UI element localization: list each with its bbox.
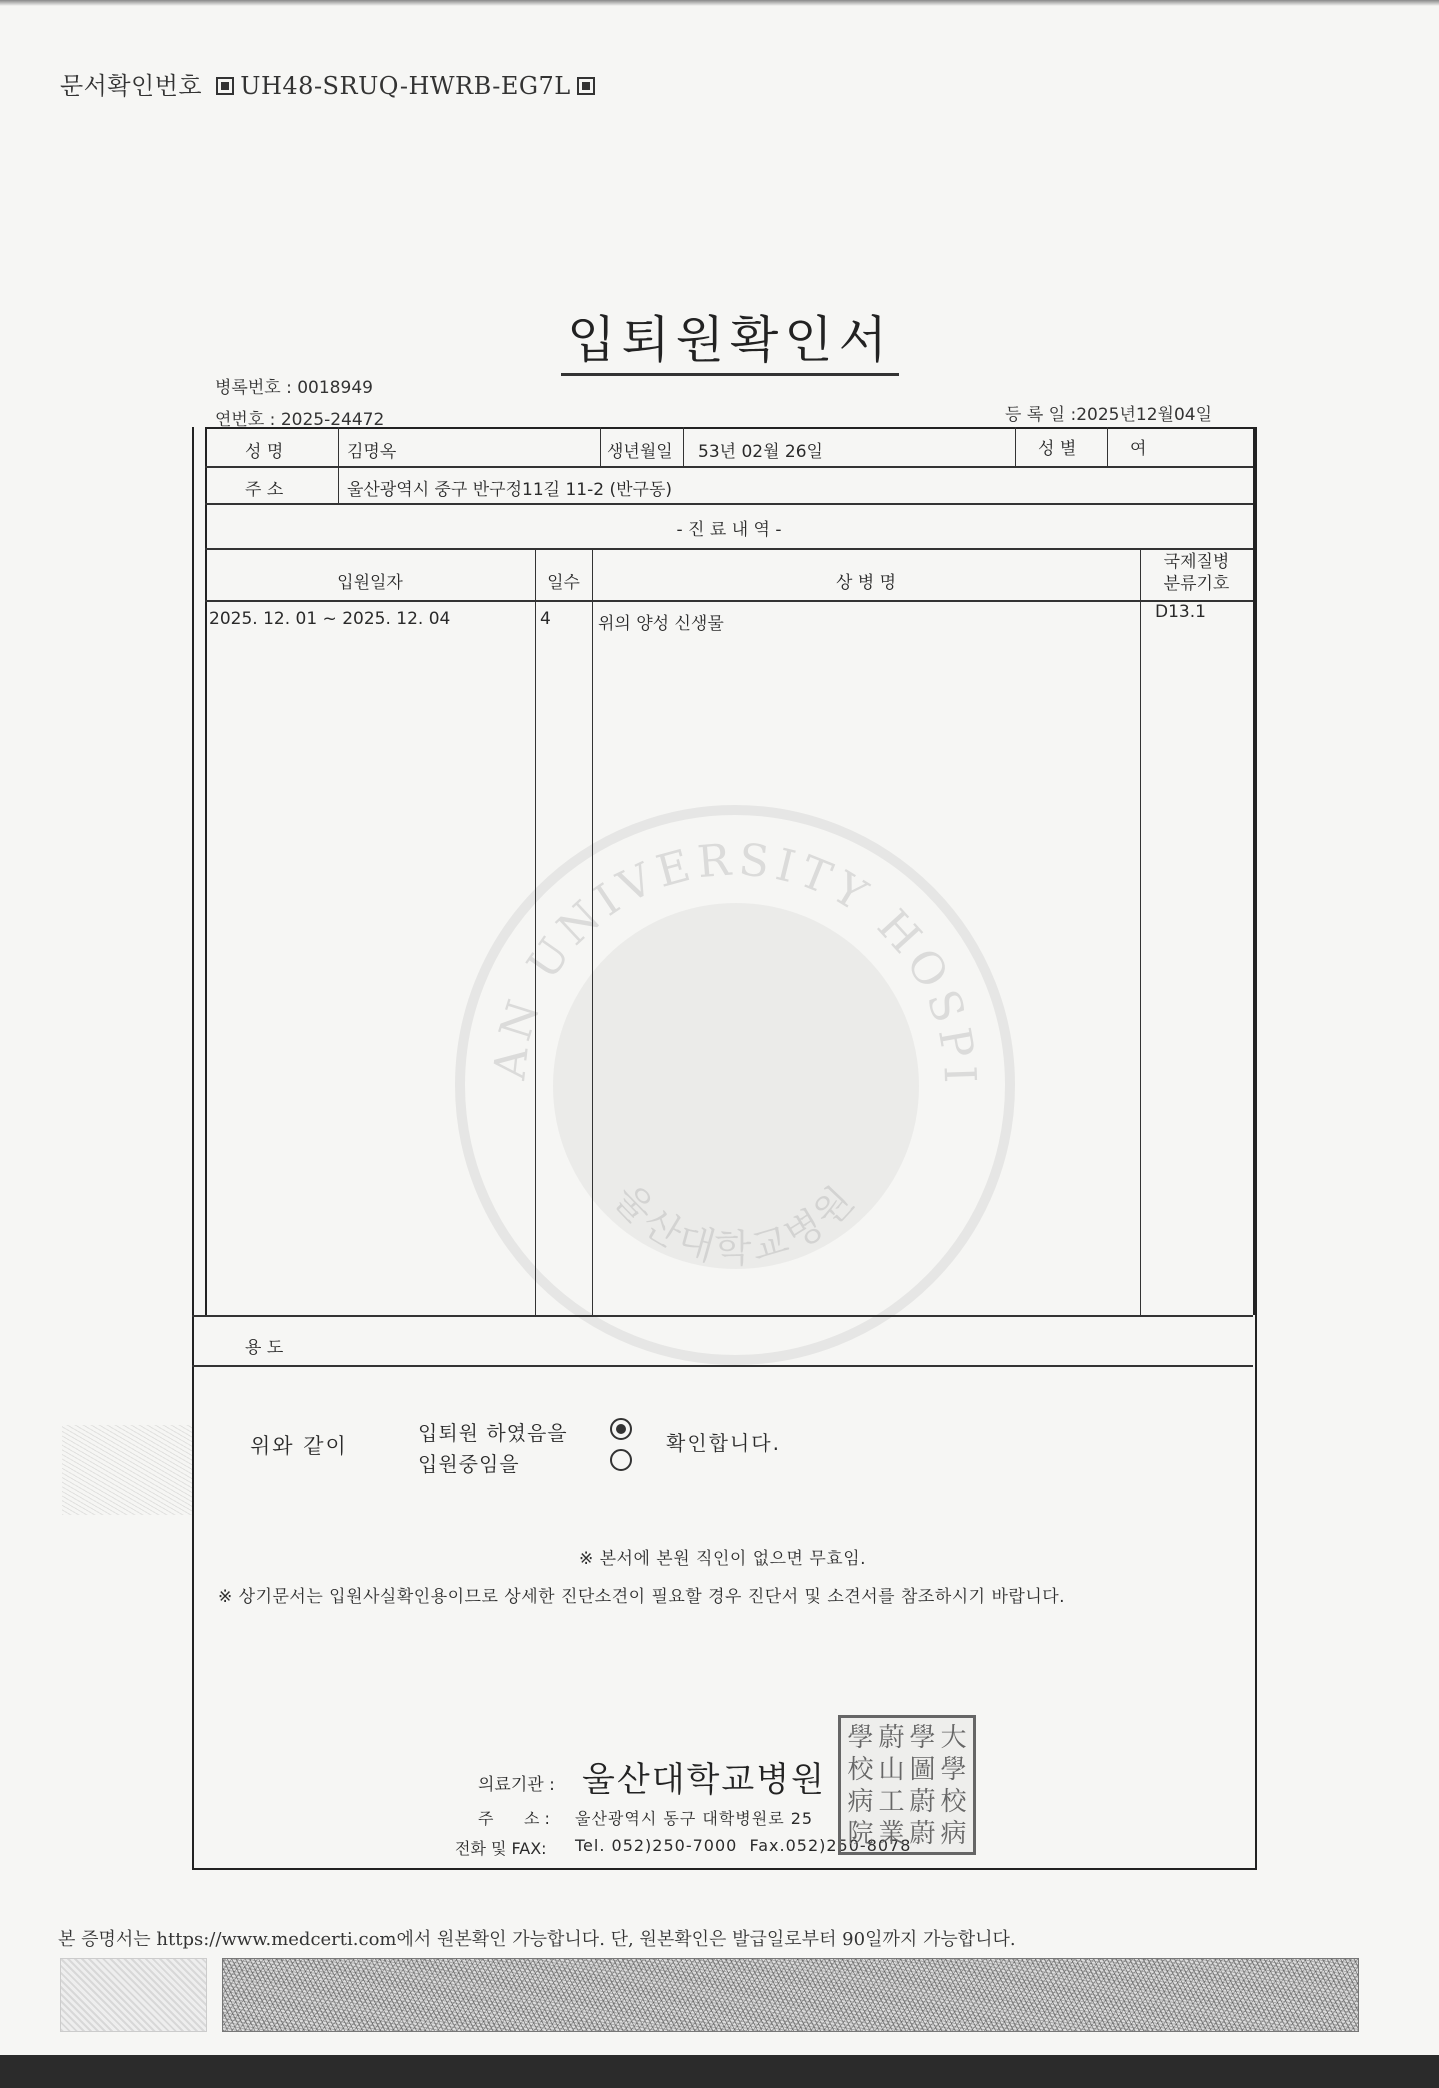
name-label: 성 명 [245, 437, 283, 462]
seal-character: 學 [907, 1722, 938, 1754]
official-seal-stamp: 學蔚學大校山圖學病工蔚校院業蔚病 [838, 1715, 976, 1855]
seal-character: 校 [845, 1754, 876, 1786]
col-header-days: 일수 [535, 568, 592, 593]
radio-inpatient[interactable] [610, 1449, 632, 1471]
barcode-faint [60, 1958, 207, 2032]
confirmation-suffix: 확인합니다. [666, 1427, 781, 1456]
purpose-label: 용 도 [245, 1333, 283, 1358]
row-diagnosis: 위의 양성 신생물 [598, 609, 724, 634]
seal-character: 工 [876, 1786, 907, 1818]
confirmation-prefix: 위와 같이 [250, 1430, 348, 1460]
issuer-address-label: 주 소 : [478, 1806, 550, 1829]
row-period: 2025. 12. 01 ~ 2025. 12. 04 [209, 609, 450, 629]
seal-character: 山 [876, 1754, 907, 1786]
col-header-code: 국제질병 분류기호 [1140, 551, 1253, 595]
table-left-border [205, 427, 207, 1315]
seal-character: 學 [938, 1754, 969, 1786]
institution-name: 울산대학교병원 [582, 1752, 826, 1801]
patient-dob: 53년 02월 26일 [698, 437, 823, 462]
phone-label: 전화 및 FAX: [455, 1836, 547, 1859]
seal-character: 蔚 [907, 1818, 938, 1850]
seal-character: 院 [845, 1818, 876, 1850]
seal-character: 學 [845, 1722, 876, 1754]
option-inpatient-label: 입원중임을 [418, 1448, 520, 1477]
checkbox-icon [216, 77, 234, 95]
seal-character: 蔚 [907, 1786, 938, 1818]
verification-note: 본 증명서는 https://www.medcerti.com에서 원본확인 가… [58, 1925, 1016, 1951]
table-top-border [205, 427, 1253, 429]
registration-date: 등 록 일 :2025년12월04일 [1005, 400, 1212, 425]
page-title: 입퇴원확인서 [0, 300, 1439, 372]
row-days: 4 [540, 609, 551, 629]
table-right-border [1253, 427, 1255, 1315]
address-label: 주 소 [245, 475, 283, 500]
anti-copy-pattern [222, 1958, 1359, 2032]
treatment-section-title: - 진 료 내 역 - [205, 515, 1253, 540]
record-number: 병록번호 : 0018949 [215, 373, 373, 398]
seal-character: 圖 [907, 1754, 938, 1786]
document-id: 문서확인번호 UH48-SRUQ-HWRB-EG7L [60, 66, 601, 101]
row-code: D13.1 [1155, 602, 1206, 622]
checkbox-icon [577, 77, 595, 95]
document-id-label: 문서확인번호 [60, 72, 202, 100]
seal-character: 校 [938, 1786, 969, 1818]
dob-label: 생년월일 [607, 437, 673, 462]
col-header-period: 입원일자 [205, 568, 535, 593]
seal-character: 大 [938, 1722, 969, 1754]
note-seal-required: ※ 본서에 본원 직인이 없으면 무효임. [192, 1544, 1253, 1569]
patient-address: 울산광역시 중구 반구정11길 11-2 (반구동) [347, 475, 672, 500]
col-header-diagnosis: 상 병 명 [592, 568, 1140, 593]
institution-label: 의료기관 : [478, 1770, 555, 1795]
document-id-value: UH48-SRUQ-HWRB-EG7L [240, 72, 570, 100]
faint-stamp-remnant [62, 1425, 192, 1515]
page-top-edge [0, 0, 1439, 6]
seal-character: 蔚 [876, 1722, 907, 1754]
note-reference: ※ 상기문서는 입원사실확인용이므로 상세한 진단소견이 필요할 경우 진단서 … [218, 1582, 1065, 1607]
certificate-frame [192, 427, 1257, 1870]
seal-character: 業 [876, 1818, 907, 1850]
radio-discharged[interactable] [610, 1418, 632, 1440]
seal-character: 病 [845, 1786, 876, 1818]
seal-character: 病 [938, 1818, 969, 1850]
page-bottom-edge [0, 2055, 1439, 2088]
sex-label: 성 별 [1038, 434, 1076, 459]
patient-name: 김명옥 [347, 437, 396, 462]
patient-sex: 여 [1130, 434, 1146, 459]
issuer-address: 울산광역시 동구 대학병원로 25 [575, 1806, 813, 1829]
option-discharged-label: 입퇴원 하였음을 [418, 1417, 568, 1446]
